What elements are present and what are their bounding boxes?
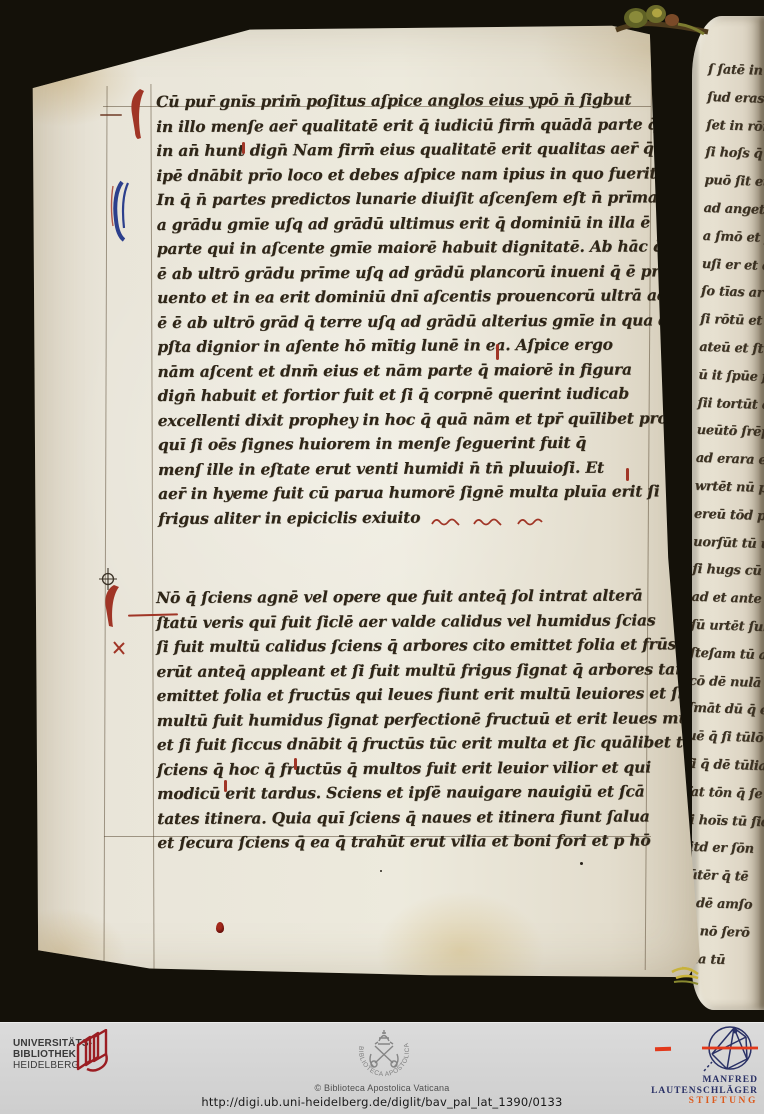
vatican-copyright: © Biblioteca Apostolica Vaticana: [0, 1083, 764, 1093]
red-line-filler-squiggle: [430, 514, 554, 532]
manuscript-text-line: ſūtēr q̄ tē: [692, 862, 764, 894]
lautenschlaeger-foundation-text: MANFRED LAUTENSCHLÄGER STIFTUNG: [651, 1075, 758, 1107]
rubric-tick-quia: [224, 780, 227, 792]
foundation-name-line2: LAUTENSCHLÄGER: [651, 1086, 758, 1097]
sewing-thread: [670, 958, 704, 986]
manuscript-text-line: ſat tōn q̄ ſe: [692, 778, 764, 810]
manuscript-text-line: a ſmō et ſi fiūt mag: [702, 223, 764, 255]
manuscript-text-line: in an̄ hunt dign̄ Nam firm̄ eius qualita…: [156, 136, 661, 163]
heidelberg-library-book-icon: [74, 1029, 122, 1077]
red-pilcrow-paragraph-2: [100, 584, 122, 630]
red-dash-mark: [655, 1047, 671, 1052]
red-wax-drop: [216, 922, 224, 933]
manuscript-text-line: pſta dignior in aſente hō mītig lunē in …: [157, 332, 662, 359]
manuscript-text-line: ſciens q̄ hoc q̄ fructūs q̄ multos fuit …: [157, 755, 662, 782]
rubric-tick-aspice: [496, 344, 499, 360]
blue-paragraph-initial: [108, 180, 132, 242]
manuscript-text-line: ſi hoīs tū ſidne: [692, 806, 764, 838]
manuscript-text-line: ē ab ultrō grādu prīme uſq ad grādū plan…: [157, 259, 662, 286]
manuscript-text-line: excellenti dixit prophey in hoc q̄ quā n…: [158, 406, 663, 433]
manuscript-text-line: ſitd er ſōn: [692, 834, 764, 866]
manuscript-text-line: Nō q̄ ſciens agnē vel opere que fuit ant…: [156, 583, 661, 610]
manuscript-text-line: quī ſi oēs ſignes huiorem in menſe ſegue…: [158, 430, 663, 457]
rubric-tick-et: [626, 468, 629, 481]
manuscript-text-line: ſtatū veris quī fuit ſiclē aer valde cal…: [156, 608, 661, 635]
manuscript-text-line: ſū nō ſerō: [692, 917, 764, 949]
manuscript-text-line: ſi fuit multū calidus ſciens q̄ arbores …: [156, 632, 661, 659]
facing-page-edge: ſ ſatē in ciū etſud eras ubi in dēſet in…: [692, 16, 764, 1010]
red-paragraph-initial: [128, 88, 146, 140]
manuscript-text-line: et ſecura ſciens q̄ ea q̄ trahūt erut vi…: [157, 828, 662, 855]
manuscript-text-line: ſ ſatē in ciū et: [708, 56, 764, 88]
manuscript-text-line: ſud eras ubi in dē: [707, 84, 764, 116]
manuscript-text-line: ad angetū mlū cā: [703, 195, 764, 227]
rubric-tick-sciendum: [294, 758, 297, 770]
manuscript-text-line: Cū pur̄ gnīs prim̄ poſitus aſpice anglos…: [156, 87, 661, 114]
ruling-line-left-outer: [103, 86, 107, 982]
svg-text:BIBLIOTECA APOSTOLICA VATICANA: BIBLIOTECA APOSTOLICA VATICANA: [353, 1024, 411, 1078]
paragraph-1: Cū pur̄ gnīs prim̄ poſitus aſpice anglos…: [156, 87, 663, 531]
manuscript-text-line: et ſi fuit ſiccus dnābit q̄ fructūs tūc …: [157, 730, 662, 757]
manuscript-text-line: modicū erit tardus. Sciens et ipſē nauig…: [157, 779, 662, 806]
manuscript-text-line: ſū urtēt ſultos ē: [692, 612, 764, 644]
ruling-line-left-inner: [150, 84, 154, 984]
facing-page-text: ſ ſatē in ciū etſud eras ubi in dēſet in…: [692, 56, 764, 977]
manuscript-text-line: menſ ille in eſtate erut venti humidi n̄…: [158, 455, 663, 482]
manuscript-text-line: ereū tōd pt ſoſ: [694, 501, 764, 533]
manuscript-text-line: ſmāt dū q̄ edēn uſ: [692, 695, 764, 727]
manuscript-text-line: erūt anteq̄ appleant et ſi fuit multū fr…: [156, 657, 661, 684]
manuscript-text-line: uē q̄ ſi tūlōn ſe: [692, 723, 764, 755]
manuscript-text-line: tates itinera. Quia quī ſciens q̄ naues …: [157, 804, 662, 831]
source-url: http://digi.ub.uni-heidelberg.de/diglit/…: [0, 1095, 764, 1109]
manuscript-text-line: aer̄ in hyeme fuit cū parua humorē ſignē…: [158, 479, 663, 506]
manuscript-text-line: dign̄ habuit et fortior fuit et ſi q̄ co…: [158, 381, 663, 408]
manuscript-text-line: a grādu gmīe uſq ad grādū ultimus erit q…: [157, 210, 662, 237]
paragraph-2: Nō q̄ ſciens agnē vel opere que fuit ant…: [156, 583, 662, 855]
vatican-library-seal: BIBLIOTECA APOSTOLICA VATICANA: [353, 1024, 415, 1082]
foundation-name-line1: MANFRED: [651, 1075, 758, 1086]
manuscript-text-line: ſi q̄ dē tūlia ſi: [692, 751, 764, 783]
digitized-manuscript-view: ſ ſatē in ciū etſud eras ubi in dēſet in…: [0, 0, 764, 1114]
rubric-tick-nam: [242, 142, 245, 154]
manuscript-text-line: cō dē nulā ſaporē: [692, 667, 764, 699]
manuscript-text-line: multū fuit humidus ſignat perfectionē fr…: [157, 706, 662, 733]
manuscript-text-line: uento et in ea erit dominiū dnī aſcentis…: [157, 283, 662, 310]
ink-speck: [380, 870, 382, 872]
endband-braid: [612, 0, 712, 42]
ink-speck: [580, 862, 583, 865]
manuscript-text-line: ateū et ſtūt ſō: [699, 334, 764, 366]
manuscript-text-line: in illo menſe aer̄ qualitatē erit q̄ iud…: [156, 112, 661, 139]
lautenschlaeger-foundation-icon: [702, 1023, 760, 1075]
manuscript-text-line: nām aſcent et dnm̄ eius et nām parte q̄ …: [157, 357, 662, 384]
manuscript-text-line: ū it ſpūe ſōūt ſi: [698, 362, 764, 394]
margin-ruling-dash: [100, 114, 122, 116]
manuscript-text-line: ipē dnābit prīo loco et debes aſpice nam…: [156, 161, 661, 188]
footer-bar: UNIVERSITÄTS- BIBLIOTHEK HEIDELBERG BIBL…: [0, 1022, 764, 1114]
manuscript-text-line: ſi dē amſo: [692, 890, 764, 922]
manuscript-text-line: ſteſam tū aſtonē: [692, 639, 764, 671]
manuscript-text-line: In q̄ n̄ partes predictos lunarie diuiſi…: [157, 185, 662, 212]
seal-circular-text: BIBLIOTECA APOSTOLICA VATICANA: [353, 1024, 411, 1078]
manuscript-text-line: wrtēt nū pſe et: [694, 473, 764, 505]
manuscript-text-line: emittet folia et fructūs qui leues fiunt…: [157, 681, 662, 708]
manuscript-text-line: ē ē ab ultrō grād q̄ terre uſq ad grādū …: [157, 308, 662, 335]
red-cross-margin-mark: [112, 640, 126, 656]
foundation-name-line3: STIFTUNG: [651, 1096, 758, 1107]
manuscript-text-line: parte qui in aſcente gmīe maiorē habuit …: [157, 234, 662, 261]
manuscript-text-line: frigus aliter in epiciclis exiuito: [158, 504, 663, 531]
manuscript-page: Cū pur̄ gnīs prim̄ poſitus aſpice anglos…: [28, 20, 704, 980]
